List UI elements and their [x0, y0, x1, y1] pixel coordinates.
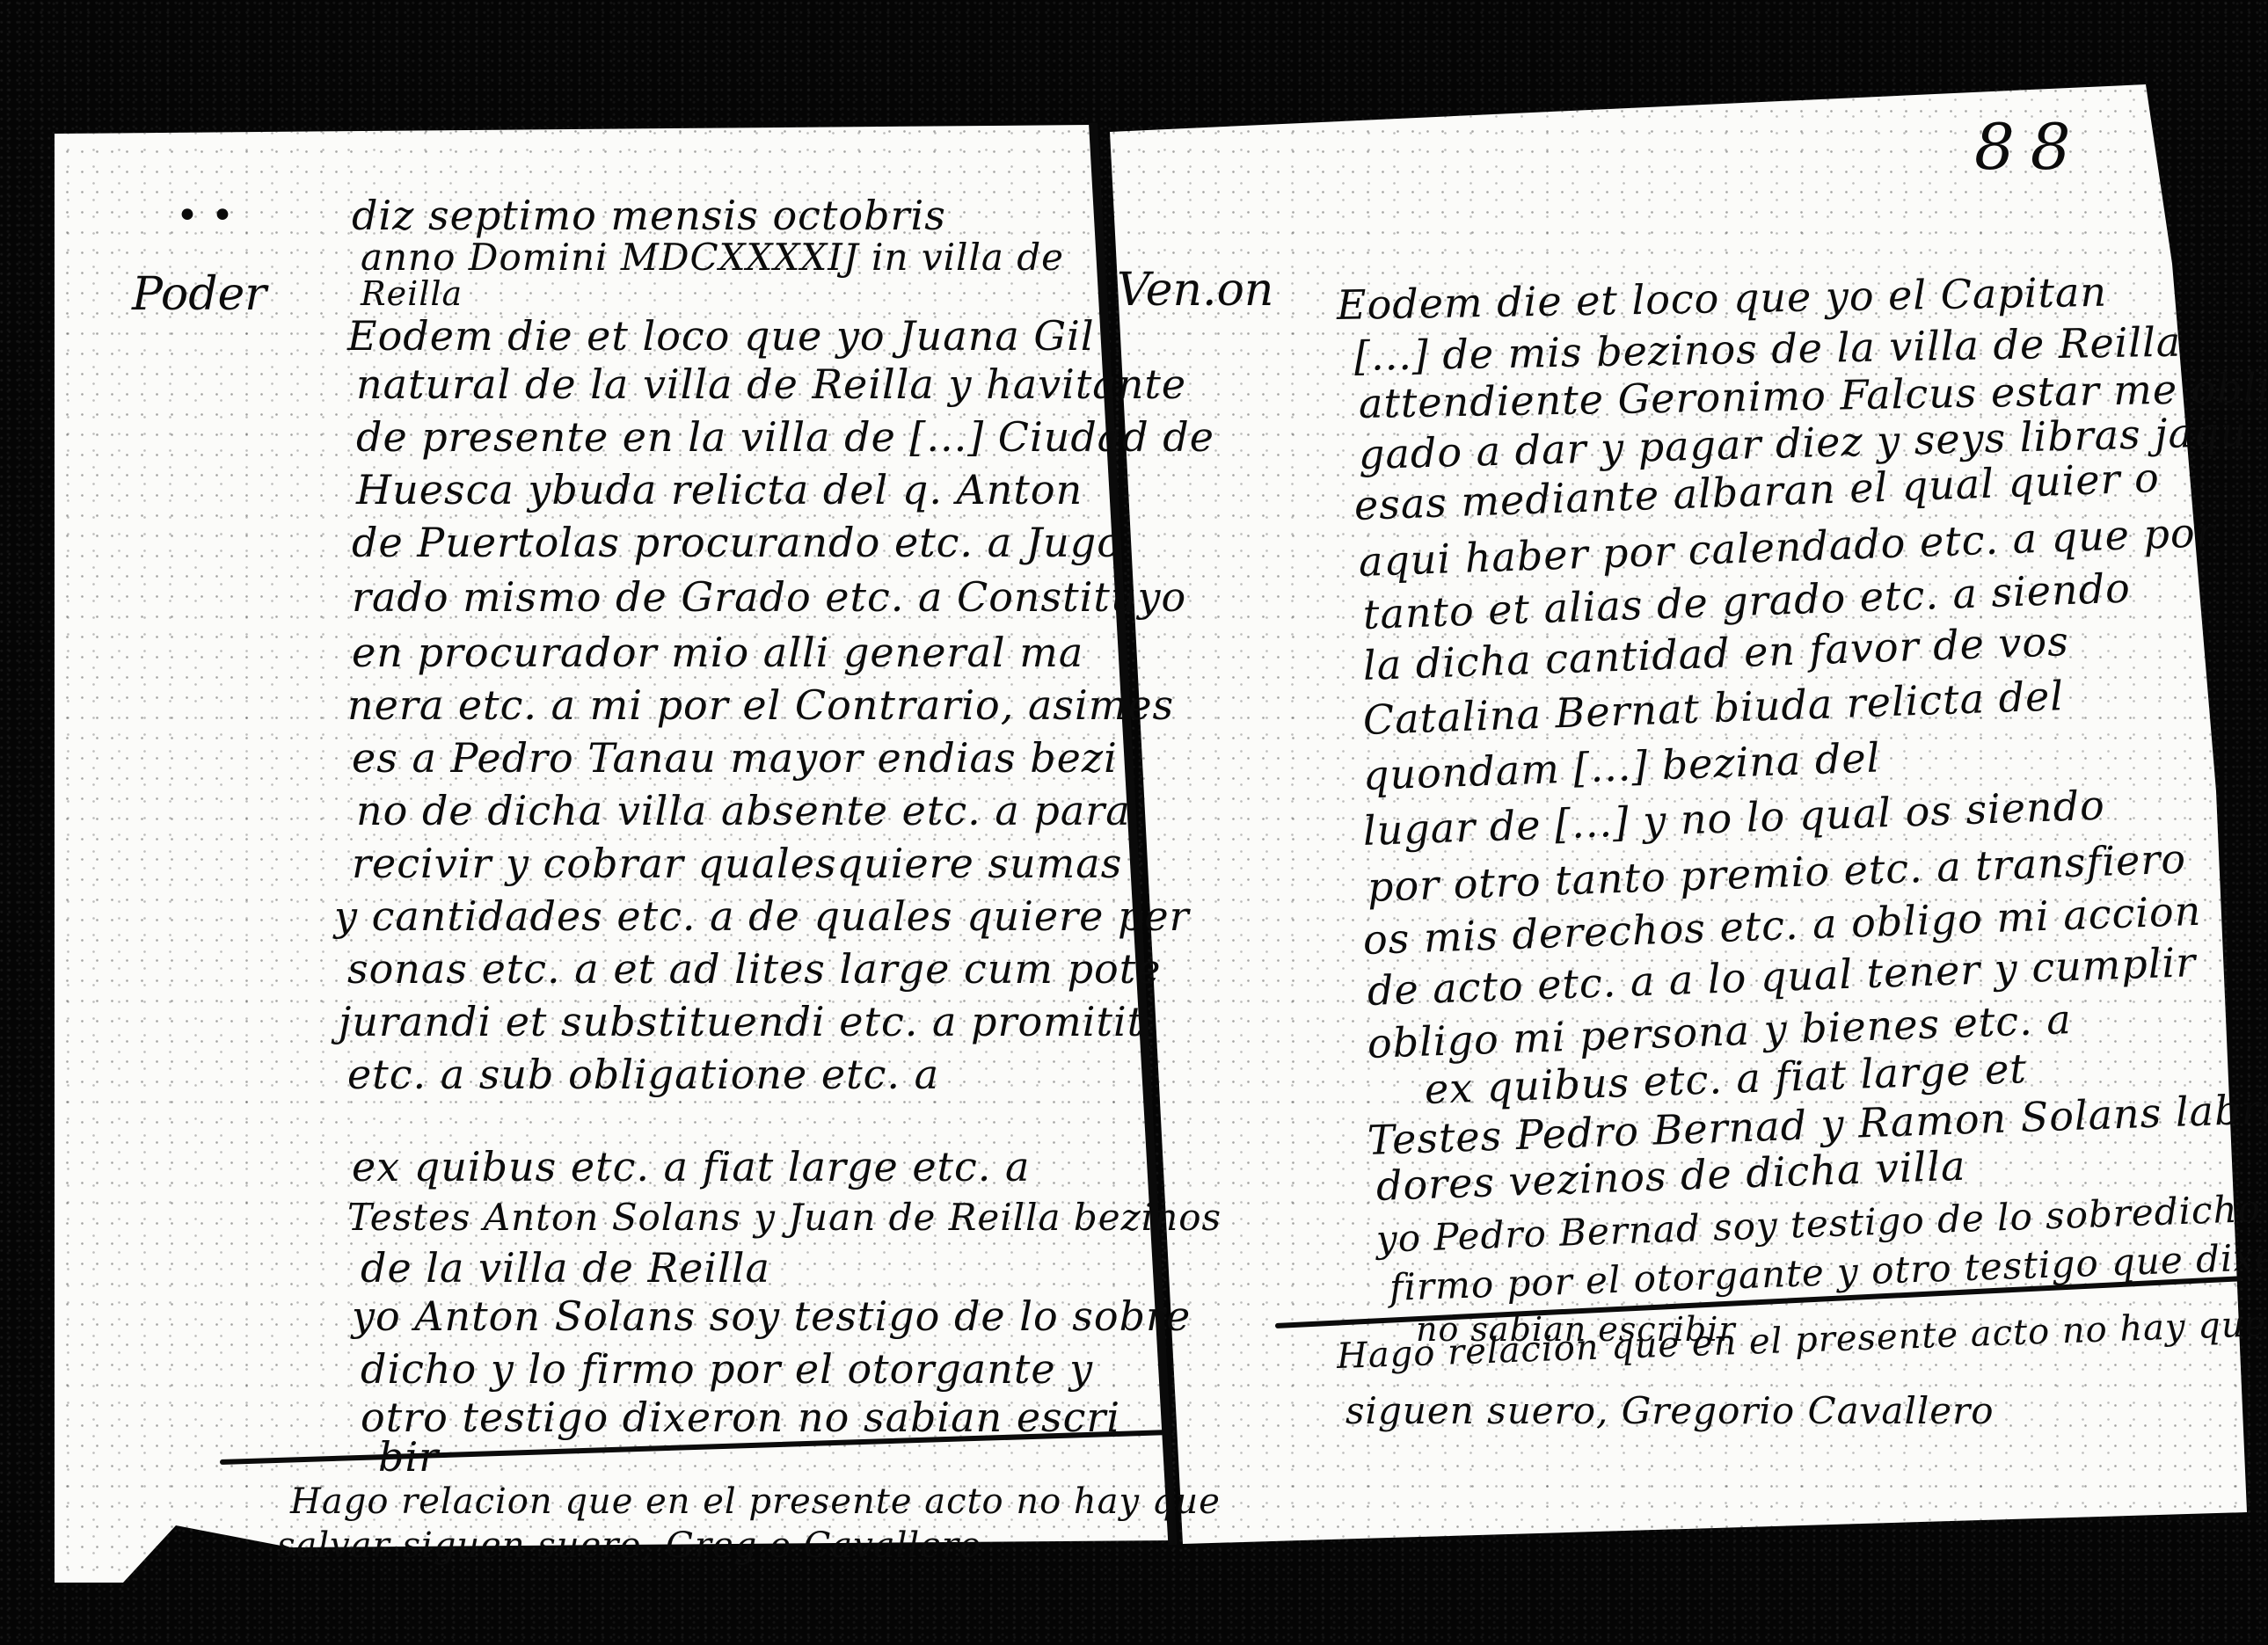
text-line: es a Pedro Tanau mayor endias bezi [352, 734, 1118, 782]
margin-note-right: Ven.on [1117, 264, 1273, 317]
text-line: rado mismo de Grado etc. a Constituyo [352, 573, 1186, 621]
text-line: anno Domini MDCXXXXIJ in villa de [361, 236, 1064, 279]
text-line: de la villa de Reilla [361, 1244, 770, 1292]
text-line: sonas etc. a et ad lites large cum pote [347, 945, 1161, 993]
text-line: en procurador mio alli general ma [352, 629, 1083, 676]
text-line: jurandi et substituendi etc. a promitit [339, 998, 1144, 1045]
text-line: Testes Anton Solans y Juan de Reilla bez… [347, 1196, 1222, 1239]
text-line: dicho y lo firmo por el otorgante y [361, 1345, 1093, 1393]
text-line: Huesca ybuda relicta del q. Anton [356, 466, 1083, 513]
text-line: diz septimo mensis octobris [352, 192, 946, 239]
text-line: de presente en la villa de [...] Ciudad … [356, 413, 1214, 461]
footer-line-left: salvar siguen suero, Greg.o Cavallero [277, 1525, 981, 1566]
text-line: recivir y cobrar qualesquiere sumas [352, 840, 1122, 887]
text-line: yo Anton Solans soy testigo de lo sobre [352, 1292, 1191, 1340]
text-line: etc. a sub obligatione etc. a [347, 1051, 939, 1098]
text-line: de Puertolas procurando etc. a Jugo [352, 519, 1122, 566]
text-line: Eodem die et loco que yo Juana Gil [347, 312, 1095, 360]
footer-line-right: siguen suero, Gregorio Cavallero [1345, 1389, 1995, 1432]
text-line: no de dicha villa absente etc. a para [356, 787, 1131, 834]
footer-line-left: Hago relacion que en el presente acto no… [290, 1481, 1221, 1522]
text-line: ex quibus etc. a fiat large etc. a [352, 1143, 1030, 1190]
corner-marks: • • [176, 193, 234, 238]
text-line: nera etc. a mi por el Contrario, asimes [347, 681, 1174, 729]
margin-note-left: Poder [132, 268, 266, 321]
text-line: natural de la villa de Reilla y havitant… [356, 360, 1186, 408]
text-line: Reilla [361, 274, 463, 313]
folio-number: 88 [1974, 110, 2087, 184]
text-line: y cantidades etc. a de quales quiere per [334, 892, 1190, 940]
